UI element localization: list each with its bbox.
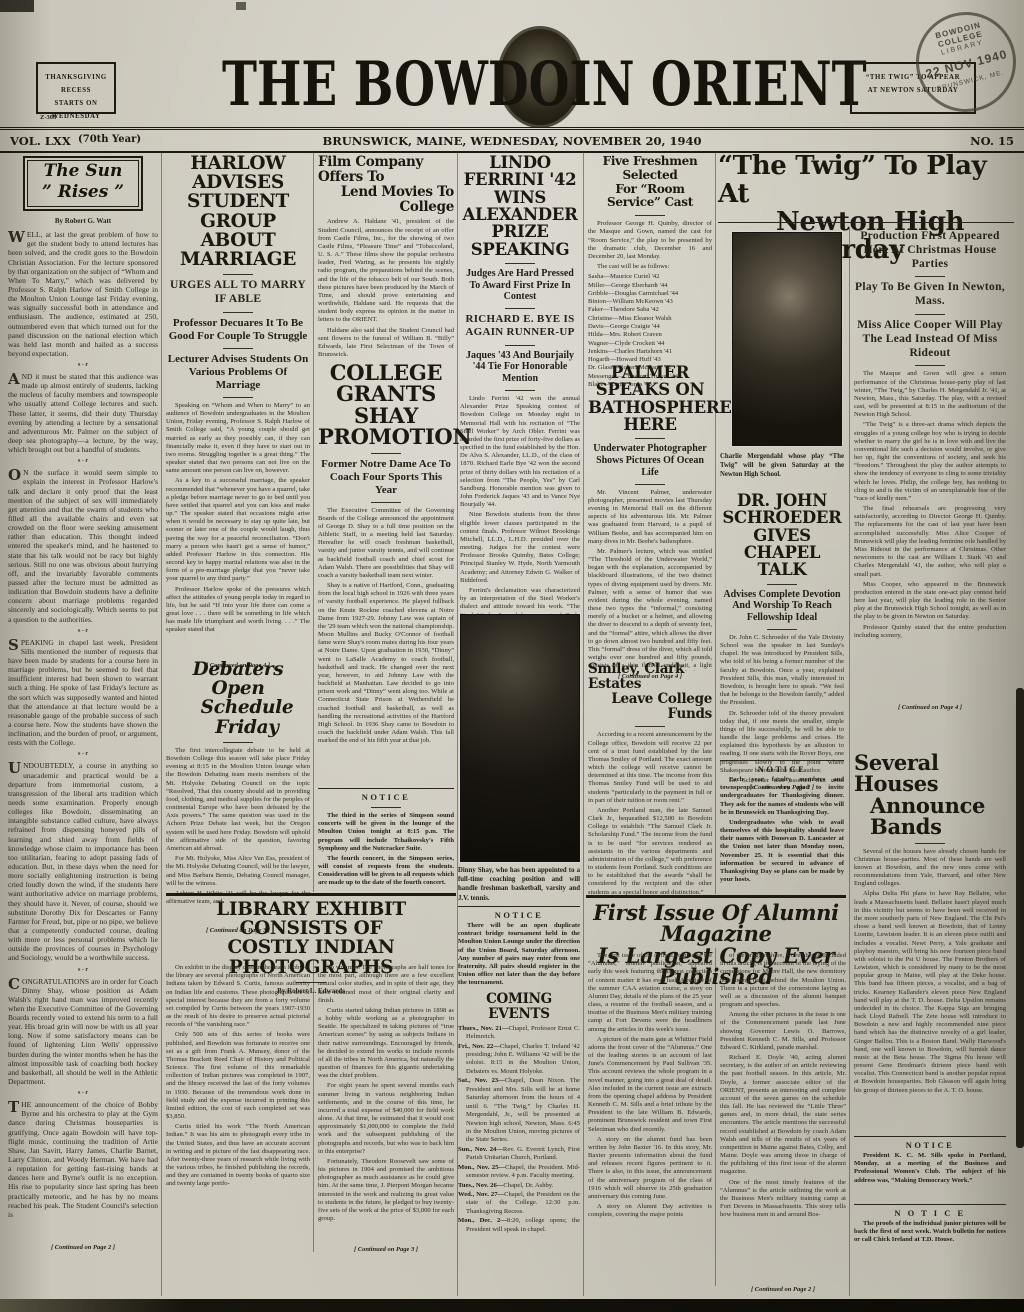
article-body: Mr. Vincent Palmer, underwater photograp… [588,489,712,671]
notice-junior-pictures: N O T I C E The proofs of the individual… [854,1204,1006,1247]
events-list: Thurs., Nov. 21—Chapel, Professor Ernst … [458,1025,580,1271]
paragraph: On exhibit in the display case in the ma… [166,964,310,1029]
paragraph: “The Twig” is a three-act drama which de… [854,421,1006,503]
paragraph-separator: s - r [8,967,158,973]
deck-rule [767,629,797,630]
deck-rule [635,215,665,216]
paragraph: Professor Harlow spoke of the pressures … [166,586,310,635]
cast-member: Miller—George Eberhardt '44 [588,282,712,290]
column-rule [313,960,314,1252]
paragraph: For Mt. Holyoke, Miss Alice Van Ess, pre… [166,855,310,888]
deck-rule [505,345,535,346]
article-twig-body: Production First Appeared Here At Christ… [854,230,1006,711]
article-sun-rises-editorial: The Sun ” Rises ” By Robert G. Watt WELL… [8,156,158,1251]
paragraph: Professor Quinby stated that the entire … [854,624,1006,640]
event-item: Mon., Nov. 25—Chapel, the President. Mid… [458,1164,580,1181]
deck-rule [635,726,665,727]
headline-line2: Lend Movies To College [318,185,454,215]
paragraph: AND it must be stated that this audience… [8,372,158,454]
article-harlow-marriage: HARLOW ADVISES STUDENT GROUP ABOUT MARRI… [166,154,310,669]
newspaper-title: THE BOWDOIN ORIENT [222,49,834,121]
notice-body: The third in the series of Simpson sound… [318,812,454,888]
mergendahl-photo [732,232,842,446]
paragraph-separator: s - r [8,1090,158,1096]
paragraph: Speaking on “Whom and When to Marry” to … [166,402,310,476]
cast-member: Wagner—Clyde Crockett '44 [588,340,712,348]
deck-rule [635,484,665,485]
paragraph: The fourth concert, in the Simpson serie… [318,855,454,888]
paragraph: One of the most timely features of the “… [720,1179,846,1220]
deck-rule [915,276,945,277]
paragraph: Alpha Delta Phi plans to have Ray Bellai… [854,890,1006,1094]
article-body: Professor George H. Quinby, director of … [588,220,712,271]
event-item: Wed., Nov. 27—Chapel, the President on t… [458,1191,580,1216]
headline-line1: “The Twig” To Play At [718,152,1016,208]
paragraph-separator: s - r [8,751,158,757]
alumni-body-col1: The first issue of the current volume of… [588,952,712,1288]
cast-member: Binion—William McKeown '43 [588,298,712,306]
headline-line1: Film Company Offers To [318,155,454,185]
deck-rule [371,453,401,454]
cast-member: Christine—Miss Eleanor Walsh [588,315,712,323]
cast-member: Gribble—Douglas Carmichael '44 [588,290,712,298]
library-body-col2: lio volumes. The photographs are half to… [318,964,454,1242]
date-place: BRUNSWICK, MAINE, WEDNESDAY, NOVEMBER 20… [323,134,702,148]
deck: Jaques '43 And Bourjaily '44 Tie For Hon… [460,350,580,385]
paragraph: A story on the alumni fund has been writ… [588,1136,712,1201]
paragraph: Andrew A. Haldane '41, president of the … [318,218,454,324]
article-body: The Executive Committee of the Governing… [318,507,454,807]
headline: COLLEGE GRANTS SHAY PROMOTION [318,362,454,448]
dateline-bar: VOL. LXX (70th Year) BRUNSWICK, MAINE, W… [0,127,1024,153]
paragraph: Haldane also said that the Student Counc… [318,327,454,360]
event-item: Mon., Dec. 2—8:20, college opens; the Pr… [458,1217,580,1234]
paragraph: Miss Cooper, who appeared in the Brunswi… [854,581,1006,622]
paragraph: Curtis titled his work “The North Americ… [166,1123,310,1188]
headline: PALMER SPEAKS ON BATHOSPHERE HERE [588,364,712,433]
paragraph: A picture of the main gate at Whittier F… [588,1036,712,1134]
deck-rule [371,807,401,808]
paragraph: WELL, at last the great problem of how t… [8,230,158,358]
paragraph: According to a recent announcement by th… [588,731,712,805]
deck-rule [635,438,665,439]
paragraph: Mr. Palmer's lecture, which was entitled… [588,548,712,671]
paragraph: The first issue of the current volume of… [588,952,712,1034]
paragraph: Each year faculty members and townspeopl… [720,776,844,817]
paragraph: UNDOUBTEDLY, a course in anything so una… [8,761,158,962]
article-room-service-cast: Five Freshmen Selected For “Room Service… [588,155,712,389]
paragraph: Shay is a native of Hartford, Conn., gra… [318,582,454,745]
column-rule [715,152,716,894]
headline-line2: For “Room Service” Cast [588,183,712,211]
byline: By Robert G. Watt [8,217,158,226]
notice-body: There will be an open duplicate contract… [458,922,580,987]
cast-member: Faker—Theodore Saba '42 [588,306,712,314]
paragraph: The final rehearsals are progressing ver… [854,505,1006,579]
edition-code: Z-303 [40,114,56,121]
headline-line2: Leave College Funds [588,692,712,722]
deck: Judges Are Hard Pressed To Award First P… [460,268,580,303]
headline: DR. JOHN SCHROEDER GIVES CHAPEL TALK [720,492,844,579]
notice-heading: NOTICE [318,792,454,802]
deck-rule [223,742,253,743]
paragraph: For eight years he spent several months … [318,1082,454,1156]
paragraph: of the program here, November 9. Include… [720,952,846,1009]
deck-rule [915,365,945,366]
article-houses-bands: Several Houses Announce Bands Several of… [854,752,1006,1154]
column-rule [313,152,314,892]
headline-rule [718,222,1014,223]
deck: URGES ALL TO MARRY IF ABLE [166,279,310,307]
paragraph: ON the surface it would seem simple to e… [8,468,158,623]
cast-member: Hilda—Mrs. Robert Craven [588,331,712,339]
paragraph: The Masque and Gown will give a return p… [854,370,1006,419]
event-item: Fri., Nov. 22—Chapel, Charles T. Ireland… [458,1043,580,1077]
deck: RICHARD E. BYE IS AGAIN RUNNER-UP [460,313,580,339]
paragraph: CONGRATULATIONS are in order for Coach D… [8,977,158,1087]
notice-body: President K. C. M. Sills spoke in Portla… [854,1152,1006,1185]
paragraph: As a key to a successful marriage, the s… [166,477,310,583]
newspaper-page: THANKSGIVING RECESS STARTS ON WEDNESDAY … [0,0,1024,1312]
deck-rule [505,308,535,309]
deck-rule [767,584,797,585]
cast-member: Davis—George Craigie '44 [588,323,712,331]
paragraph: Fortunately, Theodore Roosevelt saw some… [318,1158,454,1223]
cast-member: Sasha—Maurice Curiel '42 [588,273,712,281]
scan-smudge [0,0,34,12]
headline-line1: First Issue Of Alumni Magazine [586,902,846,945]
photo-caption: Charlie Mergendahl whose play “The Twig”… [720,452,844,480]
article-ferrini-prize: LINDO FERRINI '42 WINS ALEXANDER PRIZE S… [460,154,580,652]
editorial-body: WELL, at last the great problem of how t… [8,230,158,1242]
paragraph: Only 500 sets of this series of books we… [166,1031,310,1121]
article-body: Lindo Ferrini '42 won the annual Alexand… [460,395,580,643]
notice-body: The proofs of the individual junior pict… [854,1220,1006,1245]
cast-member: Jenkins—Charles Hartshorn '41 [588,348,712,356]
left-ear-line1: THANKSGIVING RECESS [41,72,111,98]
article-body: Several of the houses have already chose… [854,848,1006,1154]
deck: Advises Complete Devotion And Worship To… [720,589,844,624]
paragraph: THE announcement of the choice of Bobby … [8,1100,158,1219]
headline-line2: Schedule Friday [166,698,310,736]
deck: Lecturer Advises Students On Various Pro… [166,353,310,392]
continued-note: [ Continued on Page 2 ] [8,1244,158,1251]
notice-body: Each year faculty members and townspeopl… [720,776,844,884]
article-palmer-bathosphere: PALMER SPEAKS ON BATHOSPHERE HERE Underw… [588,364,712,680]
paragraph: Another Portland man, the late Samuel Cl… [588,807,712,897]
deck-rule [223,348,253,349]
article-body: The Masque and Gown will give a return p… [854,370,1006,702]
editorial-title-line2: ” Rises ” [25,182,141,203]
headline-line1: Smiley, Clark Estates [588,662,712,692]
event-item: Sun., Nov. 24—Rev. G. Everett Lynch, Fir… [458,1146,580,1163]
event-item: Thurs., Nov. 21—Chapel, Professor Ernst … [458,1025,580,1042]
deck: Miss Alice Cooper Will Play The Lead Ins… [854,319,1006,360]
headline-line1: Several Houses [854,752,1006,795]
editorial-title-box: The Sun ” Rises ” [23,156,143,211]
section-rule [166,893,456,896]
paragraph: Professor George H. Quinby, director of … [588,220,712,261]
article-film-company: Film Company Offers To Lend Movies To Co… [318,155,454,361]
section-rule [586,895,846,898]
coming-events: COMING EVENTS Thurs., Nov. 21—Chapel, Pr… [458,992,580,1271]
column-rule [715,948,716,1286]
paragraph-separator: s - r [8,628,158,634]
continued-note: [ Continued on Page 4 ] [854,704,1006,711]
editorial-title-line1: The Sun [25,161,141,182]
deck-rule [371,502,401,503]
article-estates-funds: Smiley, Clark Estates Leave College Fund… [588,662,712,927]
column-rule [583,152,584,1296]
issue-number: NO. 15 [970,134,1014,148]
scan-edge-bottom [0,1299,1024,1312]
notice-heading: NOTICE [854,1140,1006,1150]
notice-thanksgiving-dinner: NOTICE Each year faculty members and tow… [720,760,844,886]
year-note: (70th Year) [78,134,141,145]
paragraph: Lindo Ferrini '42 won the annual Alexand… [460,395,580,509]
headline: HARLOW ADVISES STUDENT GROUP ABOUT MARRI… [166,154,310,269]
paragraph: Curtis started taking Indian pictures in… [318,1007,454,1081]
headline-line1: Five Freshmen Selected [588,155,712,183]
event-item: Tues., Nov. 26—Chapel, Dr. Ashby. [458,1182,580,1190]
scan-smudge [236,2,246,10]
headline-line1: LIBRARY EXHIBIT CONSISTS OF [166,900,456,938]
paragraph: Nine Bowdoin students from the three eli… [460,511,580,585]
paragraph: A story on Alumni Day activities is comp… [588,1203,712,1219]
deck-rule [505,390,535,391]
notice-heading: N O T I C E [854,1208,1006,1218]
paragraph: Undergraduates who wish to avail themsel… [720,819,844,884]
article-shay-promotion: COLLEGE GRANTS SHAY PROMOTION Former Not… [318,362,454,807]
notice-sills-speech: NOTICE President K. C. M. Sills spoke in… [854,1136,1006,1187]
left-ear-box: THANKSGIVING RECESS STARTS ON WEDNESDAY [36,62,116,114]
headline: COMING EVENTS [458,992,580,1022]
paragraph: Several of the houses have already chose… [854,848,1006,889]
notice-heading: NOTICE [720,764,844,774]
article-schroeder-chapel: DR. JOHN SCHROEDER GIVES CHAPEL TALK Adv… [720,492,844,791]
continued-note: [ Continued on Page 3 ] [318,1246,454,1253]
paragraph-separator: s - r [8,458,158,464]
paragraph: lio volumes. The photographs are half to… [318,964,454,1005]
paragraph: Among the other pictures in the issue is… [720,1011,846,1052]
column-rule [849,228,850,1296]
paragraph: The first intercollegiate debate to be h… [166,747,310,853]
notice-heading: NOTICE [458,910,580,920]
deck: Professor Decuares It To Be Good For Cou… [166,317,310,343]
deck: Former Notre Dame Ace To Coach Four Spor… [318,458,454,497]
deck: Underwater Photographer Shows Pictures O… [588,443,712,478]
library-body-col1: On exhibit in the display case in the ma… [166,964,310,1248]
paragraph-separator: s - r [8,362,158,368]
deck-rule [915,843,945,844]
deck-rule [505,263,535,264]
deck: Play To Be Given In Newton, Mass. [854,281,1006,309]
continued-note: [ Continued on Page 2 ] [720,1286,846,1293]
paragraph: Mr. Vincent Palmer, underwater photograp… [588,489,712,546]
deck-rule [915,314,945,315]
headline-line1: Debaters Open [166,660,310,698]
paragraph: The third in the series of Simpson sound… [318,812,454,853]
scan-edge-right [1016,688,1024,1148]
deck: Production First Appeared Here At Christ… [854,230,1006,271]
volume: VOL. LXX [10,134,71,148]
paragraph: The Executive Committee of the Governing… [318,507,454,581]
dinny-shay-photo [460,614,580,862]
deck-rule [223,274,253,275]
notice-simpson-concerts: NOTICE The third in the series of Simpso… [318,788,454,890]
deck-rule [223,397,253,398]
article-body: Speaking on “Whom and When to Marry” to … [166,402,310,660]
alumni-body-col2: of the program here, November 9. Include… [720,952,846,1282]
paragraph: SPEAKING in chapel last week, President … [8,638,158,748]
event-item: Sat., Nov. 23—Chapel, Dean Nixon. The Pr… [458,1077,580,1145]
column-rule [161,152,162,1296]
paragraph: Richard E. Doyle '40, acting alumni secr… [720,1054,846,1177]
headline-line2: Announce Bands [854,795,1006,838]
paragraph: Dr. John C. Schroeder of the Yale Divini… [720,634,844,708]
notice-bridge-tournament: NOTICE There will be an open duplicate c… [458,906,580,989]
photo-caption: Dinny Shay, who has been appointed to a … [458,866,580,903]
paragraph: The cast will be as follows: [588,263,712,271]
headline: LINDO FERRINI '42 WINS ALEXANDER PRIZE S… [460,154,580,258]
article-body: Andrew A. Haldane '41, president of the … [318,218,454,361]
deck-rule [223,312,253,313]
